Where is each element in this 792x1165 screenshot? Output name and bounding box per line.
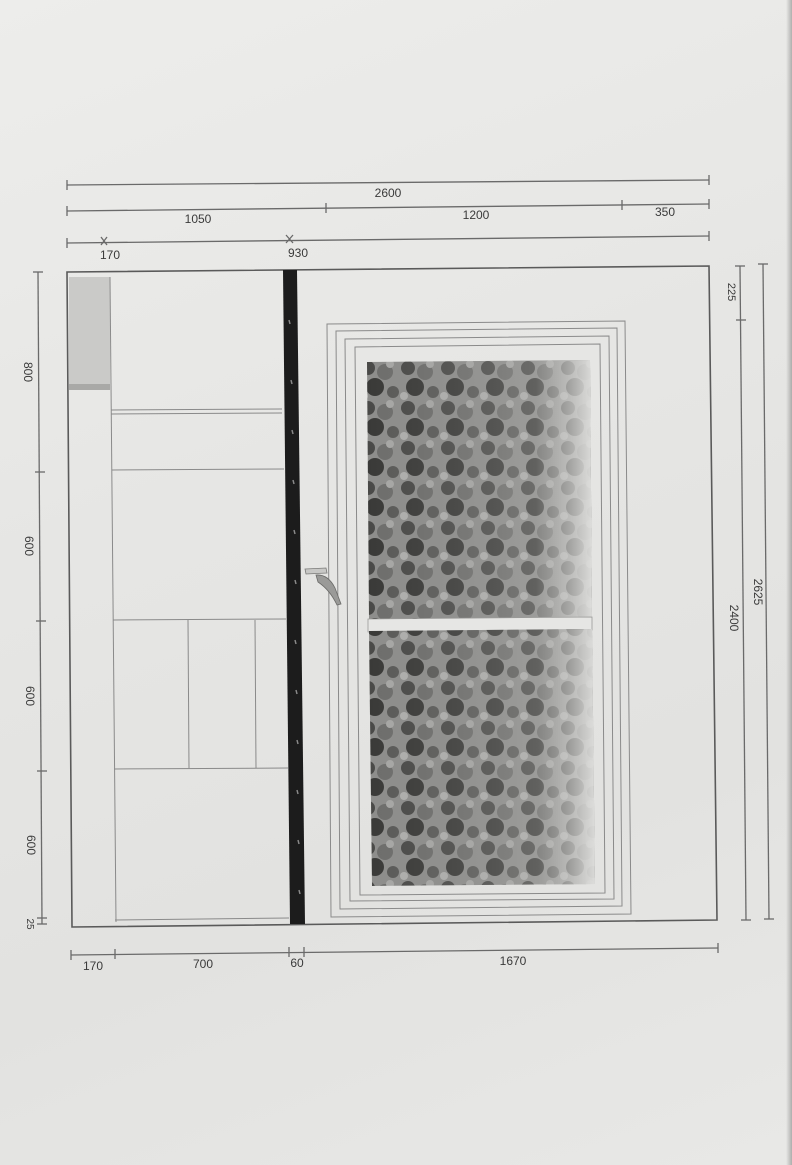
dim-2400: 2400 xyxy=(727,605,741,632)
top-dimension-segments: 1050 1200 350 xyxy=(67,199,709,226)
dim-60: 60 xyxy=(290,956,304,970)
window-pane-bottom xyxy=(369,629,595,886)
window-pane-top xyxy=(367,360,592,620)
dim-2600: 2600 xyxy=(375,186,402,200)
window xyxy=(327,321,631,917)
dim-1670: 1670 xyxy=(500,954,527,968)
grey-block xyxy=(69,277,110,390)
right-dimension: 225 2400 2625 xyxy=(725,264,774,920)
dim-350: 350 xyxy=(655,205,675,219)
dim-25: 25 xyxy=(24,918,35,930)
dim-2625: 2625 xyxy=(751,579,765,606)
dim-170-bottom: 170 xyxy=(83,959,103,973)
paper-edge-shadow xyxy=(786,0,792,1165)
dim-600-a: 600 xyxy=(22,536,36,556)
divider-strip xyxy=(283,270,305,924)
elevation-drawing: 2600 1050 1200 350 170 930 800 600 600 6… xyxy=(0,0,792,1165)
dim-600-b: 600 xyxy=(23,686,37,706)
panel-column xyxy=(110,277,289,922)
dim-225: 225 xyxy=(725,283,737,301)
bottom-dimension: 170 700 60 1670 xyxy=(71,943,718,973)
window-handle xyxy=(305,568,341,605)
dim-1200: 1200 xyxy=(463,208,490,222)
left-dimension: 800 600 600 600 25 xyxy=(21,272,47,930)
dim-930: 930 xyxy=(288,246,308,260)
top-dimension-overall: 2600 xyxy=(67,175,709,200)
dim-700: 700 xyxy=(193,957,213,971)
dim-170-top: 170 xyxy=(100,248,120,262)
top-dimension-offsets: 170 930 xyxy=(67,231,709,262)
dim-600-c: 600 xyxy=(24,835,38,855)
dim-800: 800 xyxy=(21,362,35,382)
dim-1050: 1050 xyxy=(185,212,212,226)
